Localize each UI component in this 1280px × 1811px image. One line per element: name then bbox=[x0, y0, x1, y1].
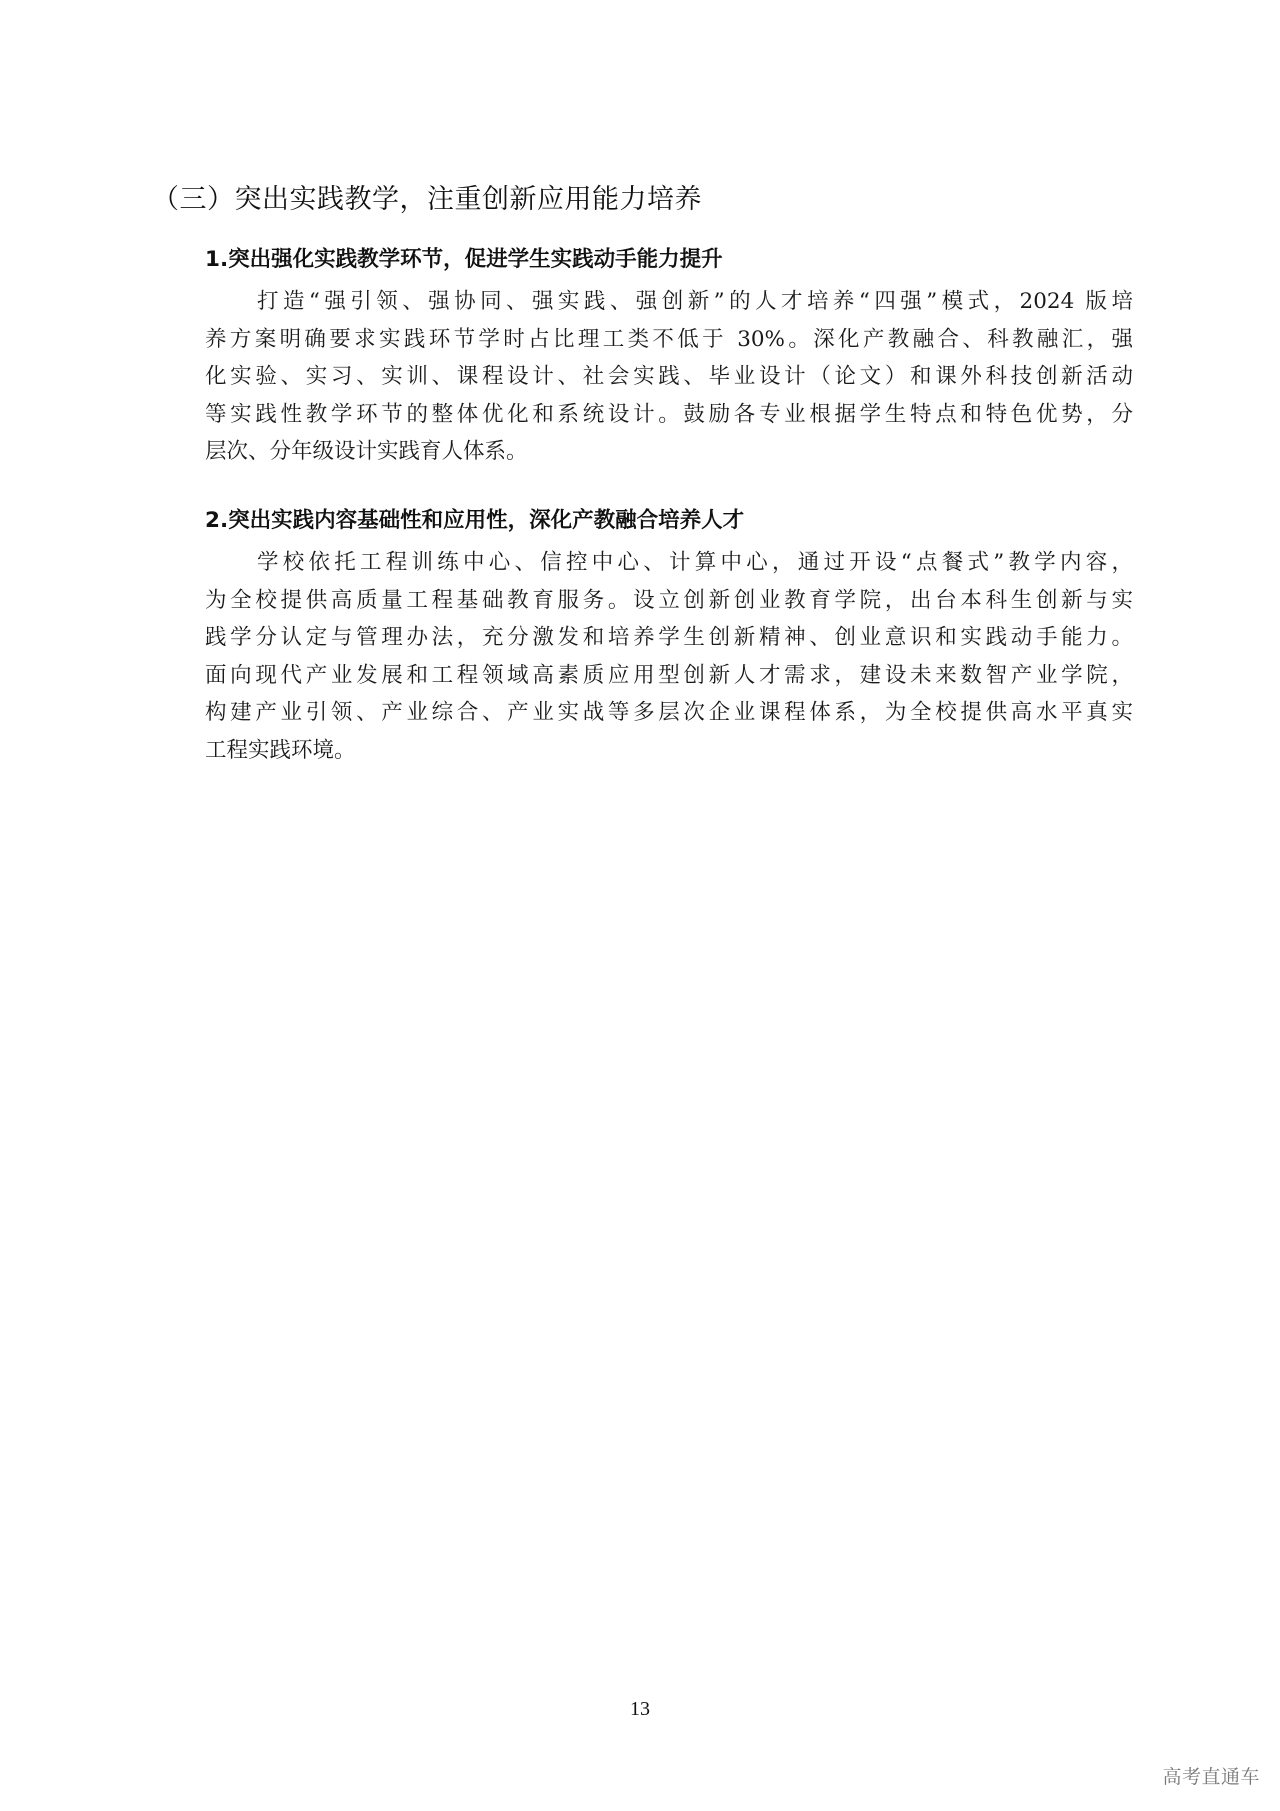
paragraph-line: 学校依托工程训练中心、信控中心、计算中心，通过开设“点餐式”教学内容， bbox=[153, 544, 1133, 582]
subsection-2-heading: 2.突出实践内容基础性和应用性，深化产教融合培养人才 bbox=[205, 506, 744, 536]
page-number: 13 bbox=[0, 1698, 1280, 1721]
subsection-1-paragraph: 打造“强引领、强协同、强实践、强创新”的人才培养“四强”模式，2024 版培 养… bbox=[153, 283, 1133, 471]
paragraph-line: 面向现代产业发展和工程领域高素质应用型创新人才需求，建设未来数智产业学院， bbox=[153, 657, 1133, 695]
paragraph-line: 层次、分年级设计实践育人体系。 bbox=[153, 433, 1133, 471]
paragraph-line: 构建产业引领、产业综合、产业实战等多层次企业课程体系，为全校提供高水平真实 bbox=[153, 694, 1133, 732]
section-heading: （三）突出实践教学，注重创新应用能力培养 bbox=[152, 182, 702, 218]
paragraph-line: 为全校提供高质量工程基础教育服务。设立创新创业教育学院，出台本科生创新与实 bbox=[153, 582, 1133, 620]
document-page: （三）突出实践教学，注重创新应用能力培养 1.突出强化实践教学环节，促进学生实践… bbox=[0, 0, 1280, 1811]
subsection-1-heading: 1.突出强化实践教学环节，促进学生实践动手能力提升 bbox=[205, 245, 723, 275]
paragraph-line: 等实践性教学环节的整体优化和系统设计。鼓励各专业根据学生特点和特色优势，分 bbox=[153, 396, 1133, 434]
paragraph-line: 工程实践环境。 bbox=[153, 732, 1133, 770]
paragraph-line: 践学分认定与管理办法，充分激发和培养学生创新精神、创业意识和实践动手能力。 bbox=[153, 619, 1133, 657]
watermark-text: 高考直通车 bbox=[1162, 1762, 1260, 1789]
subsection-2-paragraph: 学校依托工程训练中心、信控中心、计算中心，通过开设“点餐式”教学内容， 为全校提… bbox=[153, 544, 1133, 769]
paragraph-line: 化实验、实习、实训、课程设计、社会实践、毕业设计（论文）和课外科技创新活动 bbox=[153, 358, 1133, 396]
paragraph-line: 养方案明确要求实践环节学时占比理工类不低于 30%。深化产教融合、科教融汇，强 bbox=[153, 321, 1133, 359]
paragraph-line: 打造“强引领、强协同、强实践、强创新”的人才培养“四强”模式，2024 版培 bbox=[153, 283, 1133, 321]
